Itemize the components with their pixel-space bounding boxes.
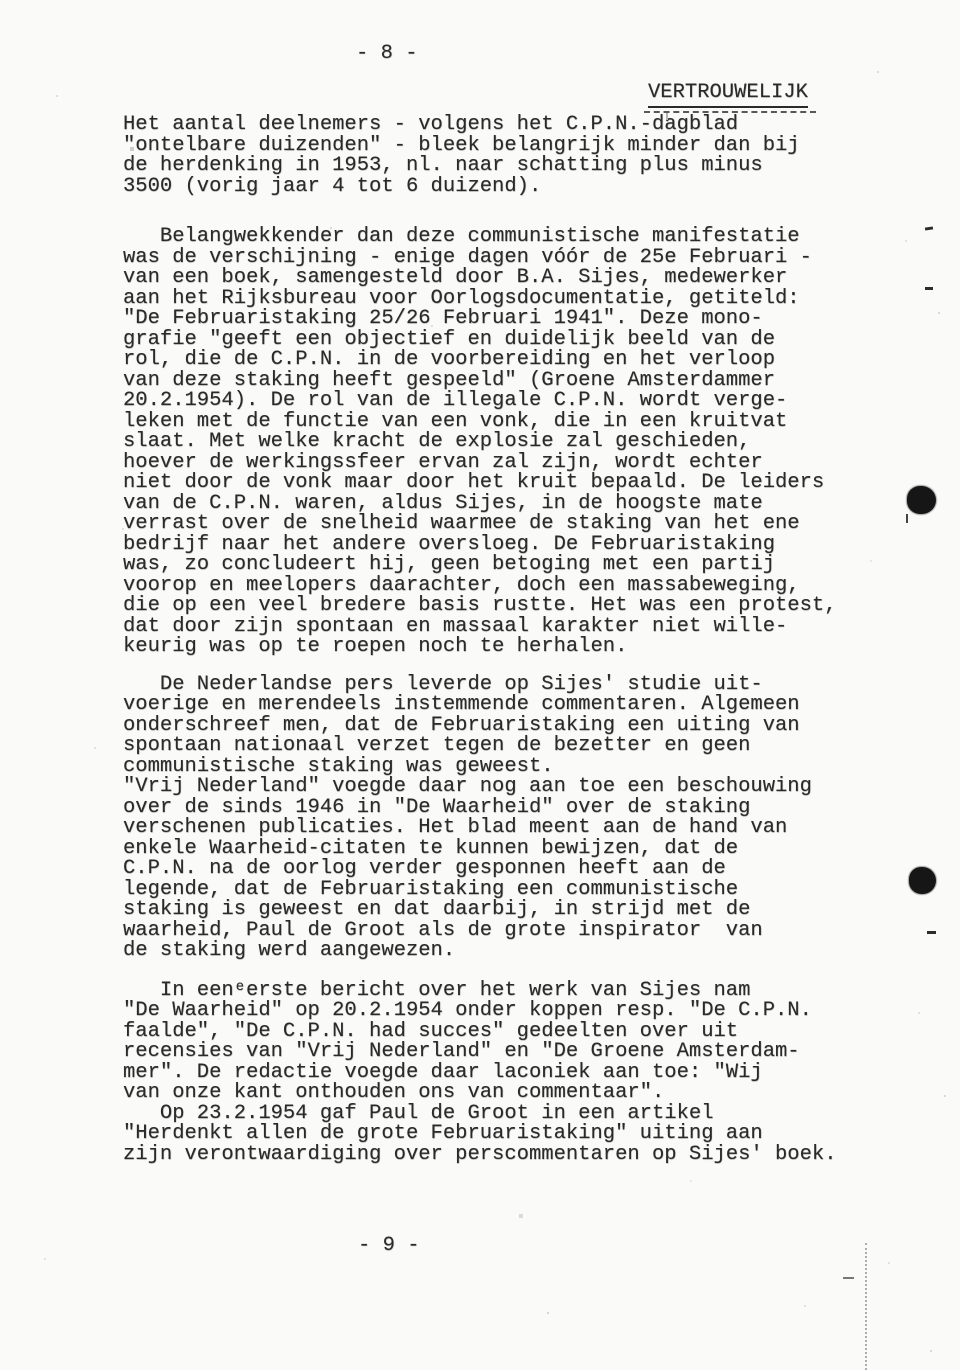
text-line: was, zo concludeert hij, geen betoging m… [123, 555, 883, 576]
text-line: slaat. Met welke kracht de explosie zal … [123, 432, 883, 453]
paragraph-waarheid-reaction: In eenᵉerste bericht over het werk van S… [123, 981, 883, 1166]
text-line: waarheid, Paul de Groot als de grote ins… [123, 921, 883, 942]
scan-speck-tick [666, 113, 668, 120]
text-line: verrast over de snelheid waarmee de stak… [123, 514, 883, 535]
text-line: 20.2.1954). De rol van de illegale C.P.N… [123, 391, 883, 412]
text-line: "ontelbare duizenden" - bleek belangrijk… [123, 136, 883, 157]
text-line: hoever de werkingssfeer ervan zal zijn, … [123, 453, 883, 474]
text-line: over de sinds 1946 in "De Waarheid" over… [123, 798, 883, 819]
scan-speck-tick [906, 514, 908, 523]
text-line: leken met de functie van een vonk, die i… [123, 412, 883, 433]
text-line: verschenen publicaties. Het blad meent a… [123, 818, 883, 839]
text-line: grafie "geeft een objectief en duidelijk… [123, 330, 883, 351]
text-line: spontaan nationaal verzet tegen de bezet… [123, 736, 883, 757]
text-line: zijn verontwaardiging over perscommentar… [123, 1145, 883, 1166]
text-line: niet door de vonk maar door het kruit be… [123, 473, 883, 494]
text-line: De Nederlandse pers leverde op Sijes' st… [123, 675, 883, 696]
text-line: Het aantal deelnemers - volgens het C.P.… [123, 115, 883, 136]
text-line: rol, die de C.P.N. in de voorbereiding e… [123, 350, 883, 371]
text-line: In eenᵉerste bericht over het werk van S… [123, 981, 883, 1002]
text-line: onderschreef men, dat de Februaristaking… [123, 716, 883, 737]
paragraph-participants: Het aantal deelnemers - volgens het C.P.… [123, 115, 883, 197]
page-number-bottom: - 9 - [358, 1236, 420, 1257]
scan-noise-specks [0, 0, 2, 2]
ink-blot-dot-upper [907, 486, 936, 514]
text-line: Op 23.2.1954 gaf Paul de Groot in een ar… [123, 1104, 883, 1125]
scan-speck-dash [843, 1277, 854, 1279]
text-line: "Vrij Nederland" voegde daar nog aan toe… [123, 777, 883, 798]
text-line: communistische staking was geweest. [123, 757, 883, 778]
text-line: recensies van "Vrij Nederland" en "De Gr… [123, 1042, 883, 1063]
text-line: van de C.P.N. waren, aldus Sijes, in de … [123, 494, 883, 515]
classification-label: VERTROUWELIJK [648, 83, 808, 108]
text-line: Belangwekkender dan deze communistische … [123, 227, 883, 248]
text-line: enkele Waarheid-citaten te kunnen bewijz… [123, 839, 883, 860]
scan-speck-dash [927, 931, 936, 934]
text-line: voerige en merendeels instemmende commen… [123, 695, 883, 716]
text-line: "Herdenkt allen de grote Februaristaking… [123, 1124, 883, 1145]
text-line: van deze staking heeft gespeeld" (Groene… [123, 371, 883, 392]
text-line: legende, dat de Februaristaking een comm… [123, 880, 883, 901]
paragraph-press-reaction: De Nederlandse pers leverde op Sijes' st… [123, 675, 883, 962]
text-line: dat door zijn spontaan en massaal karakt… [123, 617, 883, 638]
text-line: die op een veel bredere basis rustte. He… [123, 596, 883, 617]
text-line: bedrijf naar het andere oversloeg. De Fe… [123, 535, 883, 556]
text-line: "De Februaristaking 25/26 Februari 1941"… [123, 309, 883, 330]
text-line: aan het Rijksbureau voor Oorlogsdocument… [123, 289, 883, 310]
text-line: voorop en meelopers daarachter, doch een… [123, 576, 883, 597]
text-line: C.P.N. na de oorlog verder gesponnen hee… [123, 859, 883, 880]
ink-blot-dot-lower [909, 867, 936, 894]
scan-speck-dash [925, 287, 933, 290]
paragraph-sijes-book: Belangwekkender dan deze communistische … [123, 227, 883, 658]
text-line: 3500 (vorig jaar 4 tot 6 duizend). [123, 177, 883, 198]
scan-speck-dash [925, 226, 933, 230]
text-line: van onze kant onthouden ons van commenta… [123, 1083, 883, 1104]
text-line: mer". De redactie voegde daar laconiek a… [123, 1063, 883, 1084]
text-line: was de verschijning - enige dagen vóór d… [123, 248, 883, 269]
scan-edge-dotted-line [865, 1243, 867, 1370]
page-number-top: - 8 - [356, 44, 418, 65]
text-line: de staking werd aangewezen. [123, 941, 883, 962]
text-line: van een boek, samengesteld door B.A. Sij… [123, 268, 883, 289]
text-line: keurig was op te roepen noch te herhalen… [123, 637, 883, 658]
text-line: "De Waarheid" op 20.2.1954 onder koppen … [123, 1001, 883, 1022]
text-line: de herdenking in 1953, nl. naar schattin… [123, 156, 883, 177]
text-line: faalde", "De C.P.N. had succes" gedeelte… [123, 1022, 883, 1043]
text-line: staking is geweest en dat daarbij, in st… [123, 900, 883, 921]
document-body: Het aantal deelnemers - volgens het C.P.… [123, 115, 883, 1165]
scanned-document-page: - 8 - VERTROUWELIJK Het aantal deelnemer… [0, 0, 960, 1370]
